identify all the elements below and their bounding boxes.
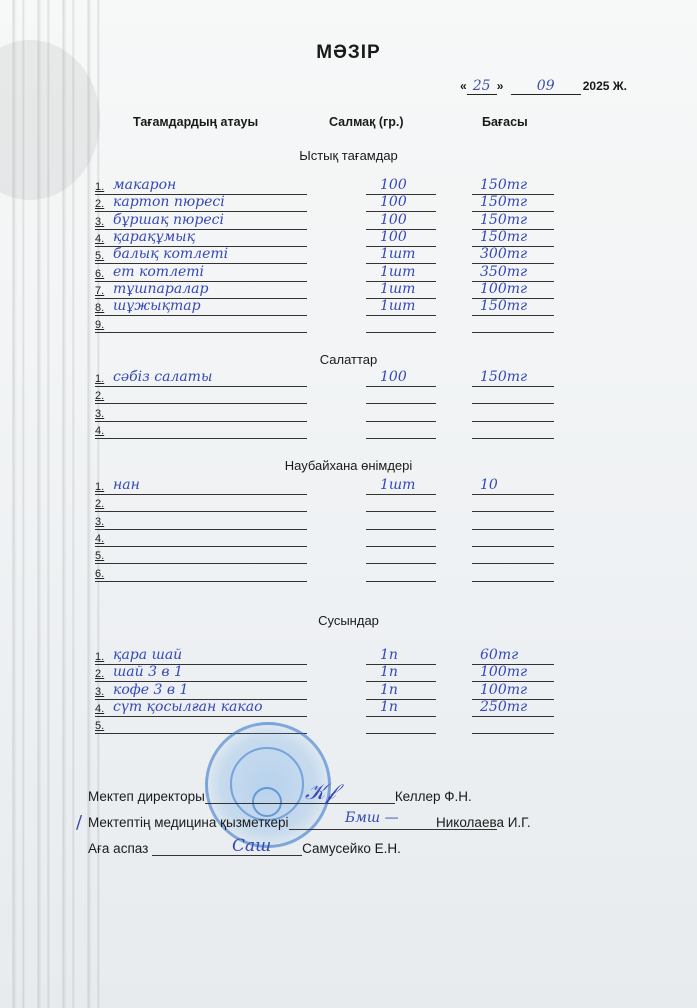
menu-row: 5.: [0, 547, 697, 564]
item-name-field: 4. қарақұмық: [95, 229, 307, 247]
item-weight: 1шт: [380, 281, 415, 297]
signature-medic: Мектептің медицина қызметкері Николаева …: [88, 815, 497, 830]
menu-row: 4. қарақұмық 100 150тг: [0, 230, 697, 247]
item-weight-field: 1п: [366, 664, 436, 682]
item-name-field: 5.: [95, 546, 307, 564]
item-weight-field: [366, 404, 436, 422]
item-weight: 1п: [380, 647, 398, 663]
item-weight-field: 1шт: [366, 246, 436, 264]
menu-row: 1. қара шай 1п 60тг: [0, 648, 697, 665]
menu-row: 2.: [0, 495, 697, 512]
item-name-field: 9.: [95, 315, 307, 333]
section-title: Наубайхана өнімдері: [0, 458, 697, 473]
item-name: ет котлеті: [113, 264, 204, 280]
item-price-field: 10: [472, 477, 554, 495]
menu-row: 5.: [0, 717, 697, 734]
item-number: 3.: [95, 216, 104, 228]
item-price-field: 150тг: [472, 369, 554, 387]
item-weight-field: 100: [366, 229, 436, 247]
menu-row: 5. балық котлеті 1шт 300тг: [0, 247, 697, 264]
item-name: макарон: [113, 177, 176, 193]
item-weight: 1п: [380, 682, 398, 698]
document-date: «25» 092025 Ж.: [460, 78, 627, 95]
signature-role: Мектептің медицина қызметкері: [88, 815, 289, 830]
item-weight-field: 1п: [366, 647, 436, 665]
date-quote-close: »: [497, 79, 504, 93]
item-name-field: 6.: [95, 564, 307, 582]
date-month: 09: [511, 78, 581, 95]
item-price-field: 150тг: [472, 298, 554, 316]
menu-row: 4.: [0, 530, 697, 547]
item-name-field: 3.: [95, 404, 307, 422]
menu-row: 1. нан 1шт 10: [0, 478, 697, 495]
item-weight-field: 1шт: [366, 264, 436, 282]
menu-row: 2. картоп пюресі 100 150тг: [0, 195, 697, 212]
item-weight: 100: [380, 369, 407, 385]
item-number: 1.: [95, 481, 104, 493]
item-name: нан: [113, 477, 140, 493]
item-price: 60тг: [480, 647, 518, 663]
item-price-field: 150тг: [472, 229, 554, 247]
item-name-field: 4. сүт қосылған какао: [95, 699, 307, 717]
item-weight-field: [366, 546, 436, 564]
item-price: 150тг: [480, 194, 527, 210]
item-name: бұршақ пюресі: [113, 212, 224, 228]
menu-row: 7. тұшпаралар 1шт 100тг: [0, 282, 697, 299]
menu-row: 3.: [0, 513, 697, 530]
date-year: 2025 Ж.: [583, 79, 627, 93]
item-price-field: 250тг: [472, 699, 554, 717]
item-number: 5.: [95, 550, 104, 562]
item-price: 250тг: [480, 699, 527, 715]
item-number: 4.: [95, 703, 104, 715]
item-name: қара шай: [113, 647, 182, 663]
column-header-weight: Салмақ (гр.): [329, 115, 403, 129]
margin-mark: /: [76, 812, 82, 833]
date-day: 25: [467, 78, 497, 95]
menu-row: 1. сәбіз салаты 100 150тг: [0, 370, 697, 387]
item-price-field: 150тг: [472, 177, 554, 195]
column-header-name: Тағамдардың атауы: [133, 115, 258, 129]
menu-row: 3. кофе 3 в 1 1п 100тг: [0, 683, 697, 700]
menu-row: 1. макарон 100 150тг: [0, 178, 697, 195]
item-name-field: 1. нан: [95, 477, 307, 495]
director-signature-scribble: 𝒦𝒻: [305, 780, 335, 805]
menu-row: 8. шұжықтар 1шт 150тг: [0, 299, 697, 316]
signature-name: Николаева И.Г.: [436, 815, 531, 830]
item-number: 5.: [95, 720, 104, 732]
item-name-field: 3. кофе 3 в 1: [95, 682, 307, 700]
item-price: 150тг: [480, 369, 527, 385]
item-weight-field: [366, 386, 436, 404]
signature-name: Самусейко Е.Н.: [302, 841, 401, 856]
item-number: 5.: [95, 250, 104, 262]
item-number: 4.: [95, 425, 104, 437]
item-price-field: 100тг: [472, 682, 554, 700]
item-number: 2.: [95, 390, 104, 402]
item-weight-field: 1п: [366, 699, 436, 717]
item-name: сүт қосылған какао: [113, 699, 263, 715]
document-page: МӘЗІР «25» 092025 Ж. Тағамдардың атауы С…: [0, 0, 697, 1008]
item-name-field: 2. шай 3 в 1: [95, 664, 307, 682]
chef-signature-scribble: Саш: [232, 836, 271, 856]
item-weight: 1шт: [380, 264, 415, 280]
item-price: 150тг: [480, 298, 527, 314]
item-price-field: 60тг: [472, 647, 554, 665]
item-price-field: [472, 564, 554, 582]
signature-role: Аға аспаз: [88, 841, 148, 856]
item-price-field: 100тг: [472, 281, 554, 299]
item-price-field: [472, 404, 554, 422]
item-number: 7.: [95, 285, 104, 297]
item-price: 300тг: [480, 246, 527, 262]
item-number: 2.: [95, 198, 104, 210]
menu-row: 3.: [0, 405, 697, 422]
item-weight: 1шт: [380, 246, 415, 262]
item-price: 150тг: [480, 177, 527, 193]
item-number: 3.: [95, 408, 104, 420]
medic-signature-scribble: Бмш —: [345, 810, 399, 826]
item-price-field: [472, 421, 554, 439]
section-title: Ыстық тағамдар: [0, 148, 697, 163]
item-weight-field: 100: [366, 212, 436, 230]
item-number: 1.: [95, 181, 104, 193]
item-number: 9.: [95, 319, 104, 331]
item-name: тұшпаралар: [113, 281, 208, 297]
item-name-field: 1. макарон: [95, 177, 307, 195]
item-number: 2.: [95, 498, 104, 510]
item-weight: 100: [380, 177, 407, 193]
item-price-field: [472, 529, 554, 547]
item-price: 10: [480, 477, 498, 493]
item-weight-field: 100: [366, 369, 436, 387]
item-name-field: 7. тұшпаралар: [95, 281, 307, 299]
menu-row: 9.: [0, 316, 697, 333]
item-weight: 100: [380, 212, 407, 228]
document-title: МӘЗІР: [0, 42, 697, 64]
signature-line: [205, 803, 395, 804]
item-price-field: [472, 716, 554, 734]
item-name: шұжықтар: [113, 298, 201, 314]
item-price: 100тг: [480, 281, 527, 297]
item-number: 4.: [95, 533, 104, 545]
item-name-field: 2. картоп пюресі: [95, 194, 307, 212]
item-price: 150тг: [480, 229, 527, 245]
signature-line: [152, 855, 302, 856]
item-weight-field: 100: [366, 194, 436, 212]
item-price-field: 150тг: [472, 212, 554, 230]
item-weight-field: 1шт: [366, 281, 436, 299]
item-weight: 1п: [380, 664, 398, 680]
item-name: кофе 3 в 1: [113, 682, 188, 698]
menu-row: 6.: [0, 565, 697, 582]
item-weight: 1шт: [380, 298, 415, 314]
item-weight-field: 1шт: [366, 298, 436, 316]
item-weight: 1шт: [380, 477, 415, 493]
item-price: 150тг: [480, 212, 527, 228]
column-header-price: Бағасы: [482, 115, 528, 129]
item-name-field: 1. қара шай: [95, 647, 307, 665]
section-title: Салаттар: [0, 352, 697, 367]
item-price-field: 150тг: [472, 194, 554, 212]
item-weight-field: [366, 529, 436, 547]
item-price: 100тг: [480, 682, 527, 698]
item-name: картоп пюресі: [113, 194, 225, 210]
menu-row: 2.: [0, 387, 697, 404]
item-number: 6.: [95, 568, 104, 580]
item-price-field: 100тг: [472, 664, 554, 682]
item-number: 3.: [95, 686, 104, 698]
item-price-field: [472, 315, 554, 333]
date-quote-open: «: [460, 79, 467, 93]
item-weight: 100: [380, 229, 407, 245]
menu-row: 4. сүт қосылған какао 1п 250тг: [0, 700, 697, 717]
menu-row: 4.: [0, 422, 697, 439]
item-weight-field: [366, 564, 436, 582]
item-weight-field: 1п: [366, 682, 436, 700]
item-number: 1.: [95, 373, 104, 385]
menu-row: 3. бұршақ пюресі 100 150тг: [0, 213, 697, 230]
item-price-field: 300тг: [472, 246, 554, 264]
item-name-field: 6. ет котлеті: [95, 264, 307, 282]
item-name: сәбіз салаты: [113, 369, 212, 385]
item-name-field: 5. балық котлеті: [95, 246, 307, 264]
item-name-field: 2.: [95, 386, 307, 404]
item-number: 6.: [95, 268, 104, 280]
item-price: 350тг: [480, 264, 527, 280]
item-price-field: [472, 546, 554, 564]
item-number: 2.: [95, 668, 104, 680]
item-price-field: 350тг: [472, 264, 554, 282]
menu-row: 6. ет котлеті 1шт 350тг: [0, 265, 697, 282]
item-weight-field: [366, 421, 436, 439]
item-name-field: 4.: [95, 421, 307, 439]
item-name-field: 4.: [95, 529, 307, 547]
item-number: 4.: [95, 233, 104, 245]
item-name-field: 3. бұршақ пюресі: [95, 212, 307, 230]
item-weight-field: 1шт: [366, 477, 436, 495]
item-weight-field: [366, 494, 436, 512]
signature-name: Келлер Ф.Н.: [395, 789, 472, 804]
item-weight: 1п: [380, 699, 398, 715]
menu-row: 2. шай 3 в 1 1п 100тг: [0, 665, 697, 682]
item-weight-field: 100: [366, 177, 436, 195]
item-weight-field: [366, 315, 436, 333]
item-name: қарақұмық: [113, 229, 195, 245]
signature-role: Мектеп директоры: [88, 789, 205, 804]
item-price-field: [472, 512, 554, 530]
item-name-field: 2.: [95, 494, 307, 512]
section-title: Сусындар: [0, 613, 697, 628]
item-number: 8.: [95, 302, 104, 314]
item-weight-field: [366, 716, 436, 734]
item-name: балық котлеті: [113, 246, 228, 262]
item-price-field: [472, 386, 554, 404]
item-name-field: 3.: [95, 512, 307, 530]
signature-director: Мектеп директорыКеллер Ф.Н.: [88, 789, 472, 804]
item-name: шай 3 в 1: [113, 664, 183, 680]
item-name-field: 8. шұжықтар: [95, 298, 307, 316]
item-weight-field: [366, 512, 436, 530]
item-name-field: 1. сәбіз салаты: [95, 369, 307, 387]
item-number: 1.: [95, 651, 104, 663]
item-price: 100тг: [480, 664, 527, 680]
item-price-field: [472, 494, 554, 512]
item-weight: 100: [380, 194, 407, 210]
item-number: 3.: [95, 516, 104, 528]
